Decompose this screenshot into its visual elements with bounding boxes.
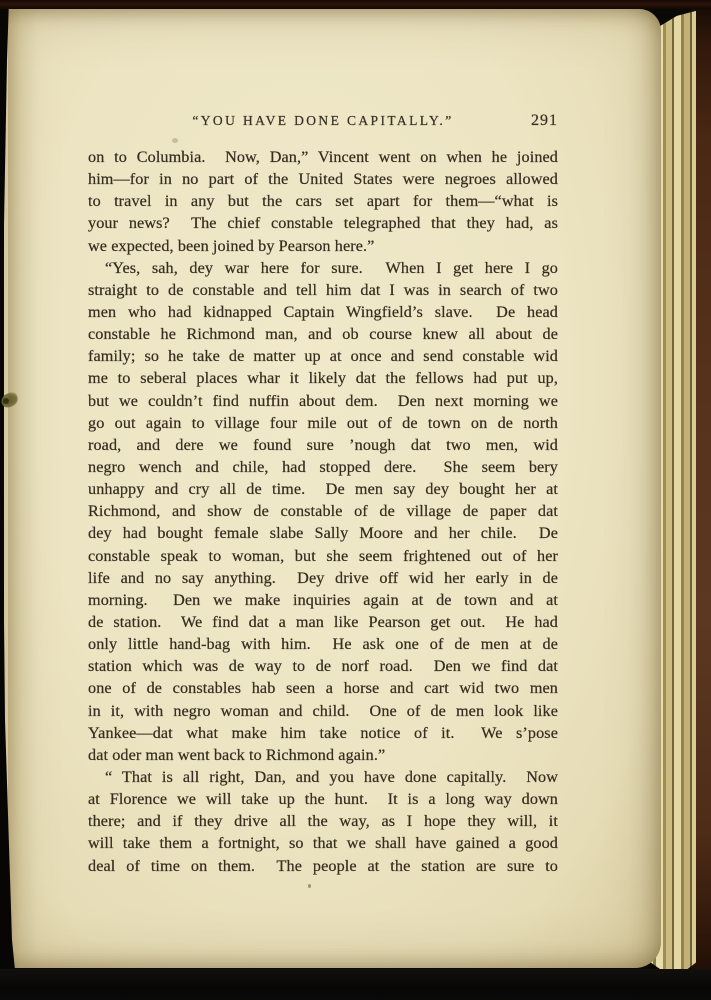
text-line: life and no say anything. Dey drive off … — [88, 567, 558, 589]
text-line: men who had kidnapped Captain Wingfield’… — [88, 301, 558, 323]
text-line: dey had bought female slabe Sally Moore … — [88, 522, 558, 544]
page-gutter-crease — [8, 9, 38, 968]
text-line: negro wench and chile, had stopped dere.… — [88, 456, 558, 478]
ink-smudge-dot — [3, 398, 9, 404]
text-line: Richmond, and show de constable of de vi… — [88, 500, 558, 522]
text-line: constable he Richmond man, and ob course… — [88, 323, 558, 345]
text-line: deal of time on them. The people at the … — [88, 855, 558, 877]
book-page: “YOU HAVE DONE CAPITALLY.” 291 on to Col… — [4, 9, 661, 968]
text-line: to travel in any but the cars set apart … — [88, 190, 558, 212]
text-line: me to seberal places whar it likely dat … — [88, 367, 558, 389]
text-line: Yankee—dat what make him take notice of … — [88, 722, 558, 744]
photo-top-border — [0, 0, 711, 9]
text-line: one of de constables hab seen a horse an… — [88, 677, 558, 699]
text-line: will take them a fortnight, so that we s… — [88, 832, 558, 854]
scanned-book-photo: “YOU HAVE DONE CAPITALLY.” 291 on to Col… — [0, 0, 711, 1000]
paragraph: “Yes, sah, dey war here for sure. When I… — [88, 257, 558, 766]
text-line: there; and if they drive all the way, as… — [88, 810, 558, 832]
text-line: constable speak to woman, but she seem f… — [88, 545, 558, 567]
text-line: straight to de constable and tell him da… — [88, 279, 558, 301]
text-line: road, and dere we found sure ’nough dat … — [88, 434, 558, 456]
text-line: we expected, been joined by Pearson here… — [88, 235, 558, 257]
paragraph: “ That is all right, Dan, and you have d… — [88, 766, 558, 877]
text-line: him—for in no part of the United States … — [88, 168, 558, 190]
photo-bottom-border — [0, 969, 711, 1000]
page-header: “YOU HAVE DONE CAPITALLY.” 291 — [88, 112, 558, 132]
page-number: 291 — [531, 112, 558, 130]
paper-speck — [308, 884, 311, 888]
text-line: station which was de way to de norf road… — [88, 655, 558, 677]
text-line: your news? The chief constable telegraph… — [88, 212, 558, 234]
text-line: only little hand-bag with him. He ask on… — [88, 633, 558, 655]
text-line: on to Columbia. Now, Dan,” Vincent went … — [88, 146, 558, 168]
page-text: on to Columbia. Now, Dan,” Vincent went … — [88, 146, 558, 877]
text-line: dat oder man went back to Richmond again… — [88, 744, 558, 766]
paper-speck — [172, 138, 178, 143]
running-title: “YOU HAVE DONE CAPITALLY.” — [192, 113, 453, 128]
text-line: at Florence we will take up the hunt. It… — [88, 788, 558, 810]
text-line: unhappy and cry all de time. De men say … — [88, 478, 558, 500]
text-line: in it, with negro woman and child. One o… — [88, 700, 558, 722]
text-line: family; so he take de matter up at once … — [88, 345, 558, 367]
text-line: morning. Den we make inquiries again at … — [88, 589, 558, 611]
text-line: “Yes, sah, dey war here for sure. When I… — [88, 257, 558, 279]
paragraph: on to Columbia. Now, Dan,” Vincent went … — [88, 146, 558, 257]
text-line: go out again to village four mile out of… — [88, 412, 558, 434]
text-line: but we couldn’t find nuffin about dem. D… — [88, 390, 558, 412]
text-line: “ That is all right, Dan, and you have d… — [88, 766, 558, 788]
text-line: de station. We find dat a man like Pears… — [88, 611, 558, 633]
